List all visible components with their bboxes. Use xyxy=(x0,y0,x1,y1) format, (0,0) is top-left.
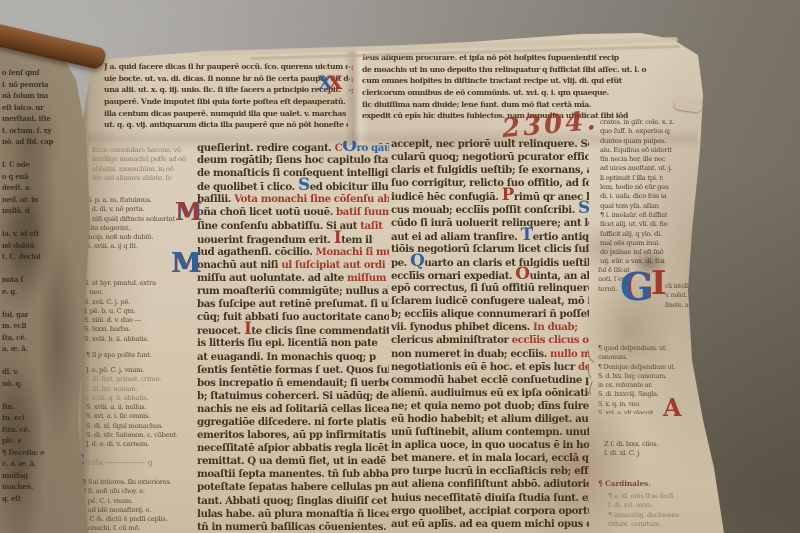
left-margin-causa: Cauſa ————— ꝯ xyxy=(73,451,152,469)
main-text-left-column: queſierint. redire cogant. COro qāūdeum … xyxy=(197,141,389,533)
manuscript-photo: J a. quid facere dicas ſi hr pauperē occ… xyxy=(0,0,800,533)
verso-text-fragments: o ſenſ qmſi. nō penurianā ſolum inaeſt l… xyxy=(2,68,60,530)
manuscript-recto-page: J a. quid facere dicas ſi hr pauperē occ… xyxy=(0,0,800,533)
right-margin-cluster: Z ſ. di. lxxx. clios.ſ. di. xl. C. j. xyxy=(604,440,704,460)
xx-rubric-mark: XX xyxy=(318,74,343,93)
left-margin-citations-2: S. et hyr. pmatul. extra neo.S. xvii. C.… xyxy=(84,279,194,345)
right-margin-column: crates. in giſr. cole. x. z.quo ſuff. b.… xyxy=(600,118,702,268)
cardinales-label: ¶ Cardinales. xyxy=(598,479,651,488)
cardinales-faded-notes: ¶ e. xl. oms ſtua ſeclīſ. di. xvi. oxva.… xyxy=(608,492,704,532)
right-margin-bracket-list: ¶ quod deſpendium. ut.canonum.¶ Denique … xyxy=(598,344,706,414)
left-margin-citations-1: G. p. a. m. ſtatuimus.J. d. di. v. nō po… xyxy=(86,196,194,254)
main-text-right-column: accepit, nec priorē uult relinquere. Sec… xyxy=(391,138,589,533)
red-dot-marks: ·: ·: ·: xyxy=(348,62,354,97)
left-margin-gloss: Ecce comendare hacone. vōintellige monac… xyxy=(92,146,196,186)
initial-a-red: A xyxy=(663,396,682,420)
left-margin-citations-4: ¶ Sui intiores. ſīn exteriores.¶ ſi. aoñ… xyxy=(82,478,196,533)
top-gloss-left: J a. quid facere dicas ſi hr pauperē occ… xyxy=(104,62,348,134)
left-margin-citations-3: J. e. pē. C. j. vnum.ſ. di. lxvi. primat… xyxy=(86,366,198,450)
left-margin-item: ¶ ſi p xpo poſite ſunt. xyxy=(86,351,196,361)
initial-m-blue: M xyxy=(171,250,201,277)
initial-g-blue: G xyxy=(620,268,652,306)
